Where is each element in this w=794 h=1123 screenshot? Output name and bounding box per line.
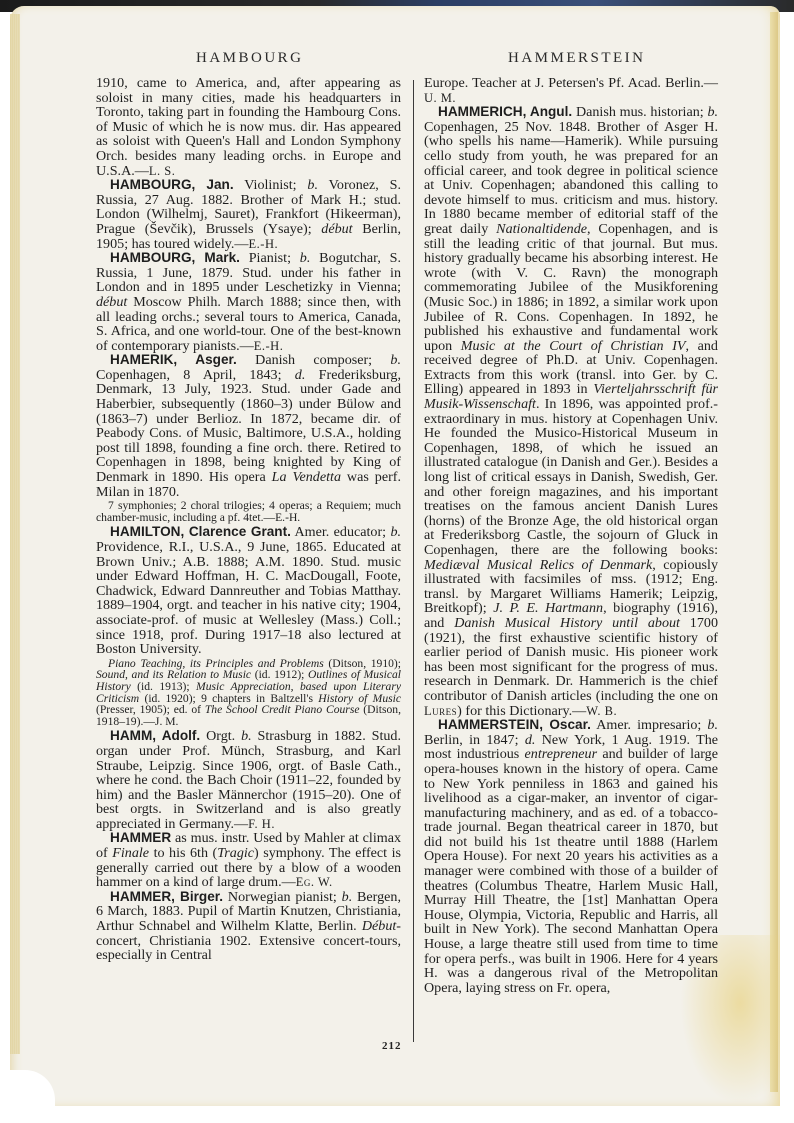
headword: HAMMERICH, xyxy=(438,104,526,119)
entry-hamerik-asger: HAMERIK, Asger. Danish composer; b. Cope… xyxy=(96,353,401,499)
headword: HAMM, xyxy=(110,728,156,743)
headword: HAMMERSTEIN, xyxy=(438,717,543,732)
entry-hamm-adolf: HAMM, Adolf. Orgt. b. Strasburg in 1882.… xyxy=(96,729,401,831)
entry-hammer-birger-continued: Europe. Teacher at J. Petersen's Pf. Aca… xyxy=(424,76,718,105)
page-edges-right xyxy=(770,12,778,1092)
works-list-hamilton: Piano Teaching, its Principles and Probl… xyxy=(96,658,401,728)
headword: HAMERIK, xyxy=(110,352,177,367)
entry-hammerstein-oscar: HAMMERSTEIN, Oscar. Amer. impresario; b.… xyxy=(424,718,718,995)
entry-hammer-instrument: HAMMER as mus. instr. Used by Mahler at … xyxy=(96,831,401,889)
page-edges-left xyxy=(10,14,20,1054)
page-number: 212 xyxy=(382,1040,402,1052)
running-head-right: HAMMERSTEIN xyxy=(508,50,646,67)
entry-hambourg-mark: HAMBOURG, Mark. Pianist; b. Bogutchar, S… xyxy=(96,251,401,353)
headword: HAMMER xyxy=(110,830,171,845)
left-column: 1910, came to America, and, after appear… xyxy=(96,76,401,963)
running-head-left: HAMBOURG xyxy=(196,50,304,67)
entry-hambourg-jan: HAMBOURG, Jan. Violinist; b. Voronez, S.… xyxy=(96,178,401,251)
entry-hamilton-clarence: HAMILTON, Clarence Grant. Amer. educator… xyxy=(96,525,401,656)
headword: HAMBOURG, xyxy=(110,177,195,192)
headword: HAMBOURG, xyxy=(110,250,195,265)
works-list-hamerik: 7 symphonies; 2 choral trilogies; 4 oper… xyxy=(96,500,401,523)
entry-hambourg-boris-continued: 1910, came to America, and, after appear… xyxy=(96,76,401,178)
entry-hammer-birger: HAMMER, Birger. Norwegian pianist; b. Be… xyxy=(96,890,401,963)
cross-reference: Lures xyxy=(424,704,457,718)
headword: HAMMER, xyxy=(110,889,175,904)
headword: HAMILTON, xyxy=(110,524,184,539)
entry-hammerich-angul: HAMMERICH, Angul. Danish mus. historian;… xyxy=(424,105,718,718)
right-column: Europe. Teacher at J. Petersen's Pf. Aca… xyxy=(424,76,718,995)
column-rule xyxy=(413,80,414,1042)
